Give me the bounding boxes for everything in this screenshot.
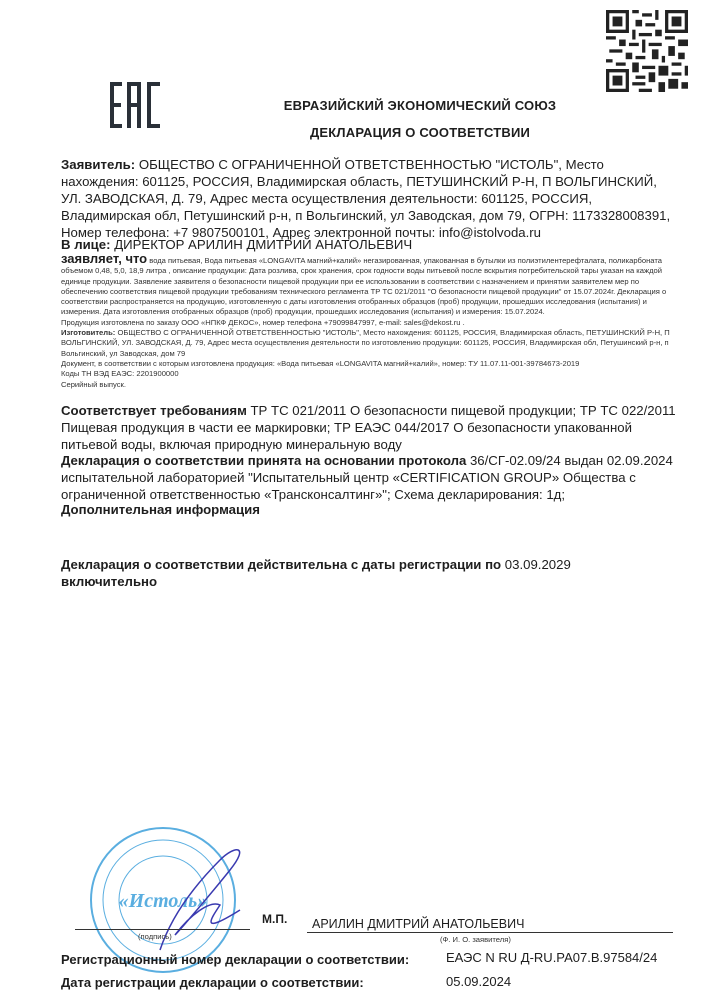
- validity-label: Декларация о соответствии действительна …: [61, 557, 501, 572]
- reg-date-label: Дата регистрации декларации о соответств…: [61, 975, 364, 990]
- eac-mark-icon: [108, 80, 164, 130]
- applicant-section: Заявитель: ОБЩЕСТВО С ОГРАНИЧЕННОЙ ОТВЕТ…: [61, 156, 676, 241]
- signature-caption: (подпись): [138, 932, 172, 941]
- declares-label: заявляет, что: [61, 251, 147, 266]
- representative-name: ДИРЕКТОР АРИЛИН ДМИТРИЙ АНАТОЛЬЕВИЧ: [114, 237, 412, 252]
- qr-code-icon: [606, 10, 688, 92]
- applicant-text: ОБЩЕСТВО С ОГРАНИЧЕННОЙ ОТВЕТСТВЕННОСТЬЮ…: [61, 157, 670, 240]
- additional-info-label: Дополнительная информация: [61, 501, 676, 518]
- document-text: Документ, в соответствии с которым изгот…: [61, 359, 579, 368]
- declares-section: заявляет, что вода питьевая, Вода питьев…: [61, 254, 686, 390]
- order-text: Продукция изготовлена по заказу ООО «НПК…: [61, 318, 465, 327]
- reg-number: ЕАЭС N RU Д-RU.РА07.В.97584/24: [446, 950, 657, 965]
- declares-text: вода питьевая, Вода питьевая «LONGAVITA …: [61, 256, 666, 316]
- manufacturer-label: Изготовитель:: [61, 328, 115, 337]
- representative-section: В лице: ДИРЕКТОР АРИЛИН ДМИТРИЙ АНАТОЛЬЕ…: [61, 236, 676, 253]
- serial-text: Серийный выпуск.: [61, 380, 126, 389]
- representative-label: В лице:: [61, 237, 111, 252]
- union-title: ЕВРАЗИЙСКИЙ ЭКОНОМИЧЕСКИЙ СОЮЗ: [230, 98, 610, 113]
- reg-date: 05.09.2024: [446, 974, 511, 989]
- basis-section: Декларация о соответствии принята на осн…: [61, 452, 676, 503]
- validity-section: Декларация о соответствии действительна …: [61, 556, 601, 590]
- eac-logo: [108, 80, 164, 130]
- basis-label: Декларация о соответствии принята на осн…: [61, 453, 466, 468]
- mp-label: М.П.: [262, 912, 287, 926]
- document-title: ДЕКЛАРАЦИЯ О СООТВЕТСТВИИ: [230, 125, 610, 140]
- applicant-name: АРИЛИН ДМИТРИЙ АНАТОЛЬЕВИЧ: [312, 917, 524, 931]
- conforms-section: Соответствует требованиям ТР ТС 021/2011…: [61, 402, 676, 453]
- validity-date: 03.09.2029: [505, 557, 571, 572]
- reg-number-label: Регистрационный номер декларации о соотв…: [61, 952, 409, 967]
- manufacturer-text: ОБЩЕСТВО С ОГРАНИЧЕННОЙ ОТВЕТСТВЕННОСТЬЮ…: [61, 328, 670, 358]
- codes-text: Коды ТН ВЭД ЕАЭС: 2201900000: [61, 369, 179, 378]
- conforms-label: Соответствует требованиям: [61, 403, 247, 418]
- applicant-label: Заявитель:: [61, 157, 135, 172]
- name-caption: (Ф. И. О. заявителя): [440, 935, 511, 944]
- validity-suffix: включительно: [61, 574, 157, 589]
